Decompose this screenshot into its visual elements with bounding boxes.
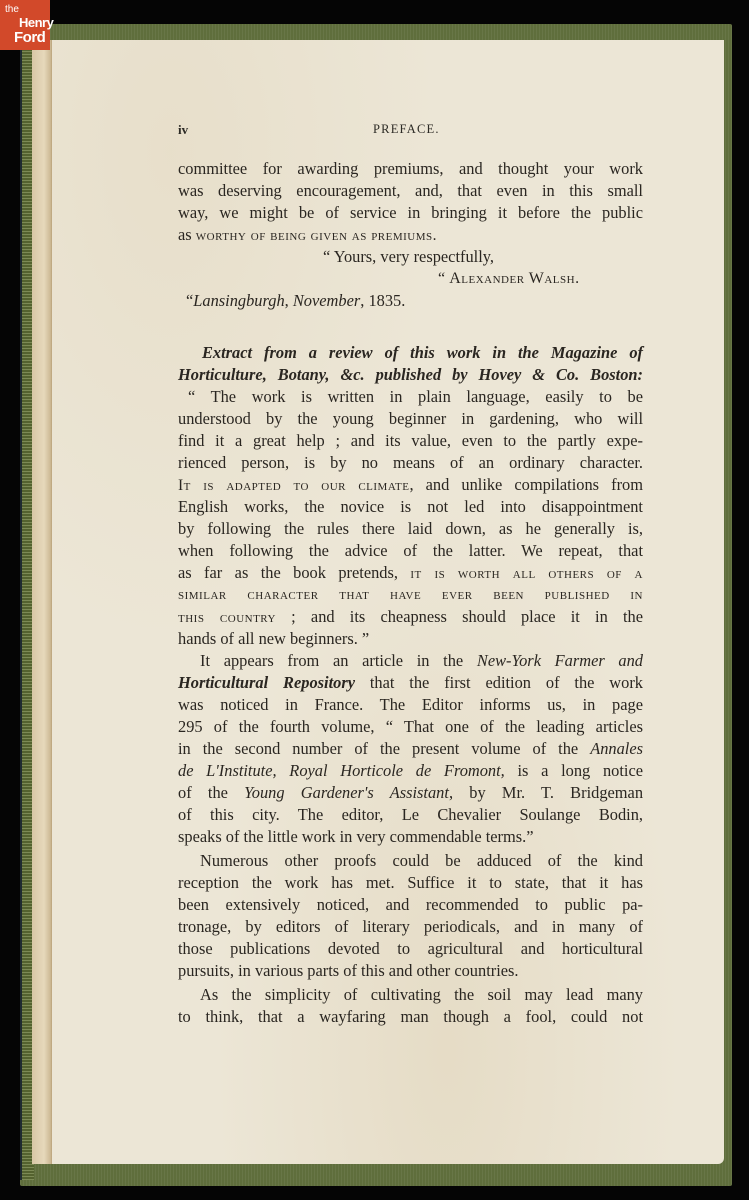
logo-henry: Henry xyxy=(19,16,53,29)
text-line: Horticultural Repository that the first … xyxy=(178,672,643,693)
text-line: way, we might be of service in bringing … xyxy=(178,202,643,223)
extract-heading: Extract from a review of this work in th… xyxy=(202,342,643,363)
extract-heading: Horticulture, Botany, &c. published by H… xyxy=(178,364,643,385)
text-line: de L'Institute, Royal Horticole de Fromo… xyxy=(178,760,643,781)
page-gutter xyxy=(32,40,52,1164)
text-line: understood by the young beginner in gard… xyxy=(178,408,643,429)
signature: “ Alexander Walsh. xyxy=(438,268,580,289)
text-line: reception the work has met. Suffice it t… xyxy=(178,872,643,893)
text-line: find it a great help ; and its value, ev… xyxy=(178,430,643,451)
text-line: when following the advice of the latter.… xyxy=(178,540,643,561)
text-line: pursuits, in various parts of this and o… xyxy=(178,960,643,981)
text-line: to think, that a wayfaring man though a … xyxy=(178,1006,643,1027)
henry-ford-logo: the Henry Ford xyxy=(0,0,50,50)
text-line: It appears from an article in the New-Yo… xyxy=(200,650,643,671)
page-number: iv xyxy=(178,122,188,138)
text-line: committee for awarding premiums, and tho… xyxy=(178,158,643,179)
text-line: of this city. The editor, Le Chevalier S… xyxy=(178,804,643,825)
text-line: 295 of the fourth volume, “ That one of … xyxy=(178,716,643,737)
text-line: was deserving encouragement, and, that e… xyxy=(178,180,643,201)
text-line: “ The work is written in plain language,… xyxy=(188,386,643,407)
text-line: rienced person, is by no means of an ord… xyxy=(178,452,643,473)
text-line: this country ; and its cheapness should … xyxy=(178,606,643,627)
running-head: PREFACE. xyxy=(373,122,440,137)
text-line: As the simplicity of cultivating the soi… xyxy=(200,984,643,1005)
text-line: Numerous other proofs could be adduced o… xyxy=(200,850,643,871)
text-line: been extensively noticed, and recommende… xyxy=(178,894,643,915)
text-line: English works, the novice is not led int… xyxy=(178,496,643,517)
closing-salutation: “ Yours, very respectfully, xyxy=(323,246,494,267)
text-line: tronage, by editors of literary periodic… xyxy=(178,916,643,937)
text-line: in the second number of the present volu… xyxy=(178,738,643,759)
text-line: similar character that have ever been pu… xyxy=(178,584,643,605)
text-line: by following the rules there laid down, … xyxy=(178,518,643,539)
text-line: of the Young Gardener's Assistant, by Mr… xyxy=(178,782,643,803)
text-line: hands of all new beginners. ” xyxy=(178,628,643,649)
logo-the: the xyxy=(5,5,19,15)
text-line: speaks of the little work in very commen… xyxy=(178,826,643,847)
text-line: those publications devoted to agricultur… xyxy=(178,938,643,959)
text-line: It is adapted to our climate, and unlike… xyxy=(178,474,643,495)
text-line: as worthy of being given as premiums. xyxy=(178,224,643,245)
text-line: as far as the book pretends, it is worth… xyxy=(178,562,643,583)
text-line: was noticed in France. The Editor inform… xyxy=(178,694,643,715)
logo-ford: Ford xyxy=(14,30,45,45)
dateline: “Lansingburgh, November, 1835. xyxy=(186,290,405,311)
